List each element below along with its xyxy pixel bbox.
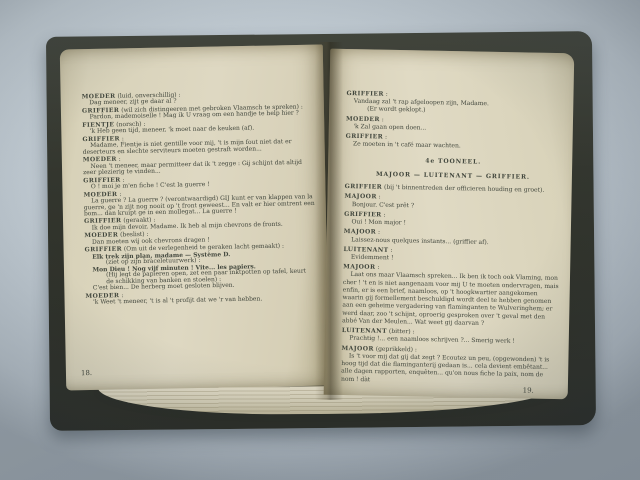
speech-entry: MOEDER :La guerre ? La guerre ? (verontw… bbox=[83, 187, 314, 218]
speech-entry: MAJOOR :Bonjour. C'est prêt ? bbox=[344, 192, 560, 212]
right-page-text: GRIFFIER :Vandaag zal 't rap afgeloopen … bbox=[341, 89, 563, 388]
stage-note: : bbox=[384, 90, 388, 97]
speaker-name: LUITENANT bbox=[342, 326, 387, 334]
stage-note: (bij 't binnentreden der officieren houd… bbox=[382, 184, 544, 194]
speech-entry: MAJOOR (geprikkeld) :Is 't voor mij dat … bbox=[341, 344, 558, 387]
speech-entry: LUITENANT :Evidemment ! bbox=[343, 245, 559, 265]
speech-entry: LUITENANT (bitter) :Prachtig !... een na… bbox=[342, 326, 558, 346]
book-gutter bbox=[315, 42, 343, 400]
stage-note: : bbox=[382, 211, 386, 218]
speaker-name: MOEDER bbox=[346, 114, 380, 122]
stage-note: : bbox=[376, 229, 380, 236]
stage-note: : bbox=[383, 133, 387, 140]
left-page: MOEDER (luid, onverschillig) :Dag meneer… bbox=[60, 45, 329, 391]
speech-entry: GRIFFIER :Vandaag zal 't rap afgeloopen … bbox=[346, 89, 562, 117]
stage-note: : bbox=[380, 116, 384, 123]
speaker-name: MAJOOR bbox=[344, 227, 376, 235]
speaker-name: LUITENANT bbox=[343, 245, 388, 253]
speaker-name: MAJOOR bbox=[344, 192, 376, 200]
dialogue-line: Laat ons maar Vlaamsch spreken... Ik ben… bbox=[342, 271, 559, 329]
speaker-name: GRIFFIER bbox=[345, 182, 383, 190]
speech-entry: GRIFFIER :Ze moeten in 't café maar wach… bbox=[345, 132, 561, 152]
speech-entry: MAJOOR :Laat ons maar Vlaamsch spreken..… bbox=[342, 262, 559, 328]
scene-heading: MAJOOR — LUITENANT — GRIFFIER. bbox=[345, 169, 561, 181]
speaker-name: GRIFFIER bbox=[346, 132, 384, 140]
right-page: GRIFFIER :Vandaag zal 't rap afgeloopen … bbox=[324, 49, 575, 400]
speech-entry: GRIFFIER :Oui ! Mon major ! bbox=[344, 210, 560, 230]
speech-entry: MOEDER :'k Zal gaan open doen... bbox=[346, 114, 562, 134]
speaker-name: MAJOOR bbox=[343, 262, 375, 270]
left-page-text: MOEDER (luid, onverschillig) :Dag meneer… bbox=[82, 89, 317, 307]
speech-entry: MAJOOR :Laissez-nous quelques instants..… bbox=[344, 227, 560, 247]
stage-note: : bbox=[389, 246, 393, 253]
stage-note: : bbox=[377, 193, 381, 200]
stage-note: : bbox=[375, 264, 379, 271]
book-photo: MOEDER (luid, onverschillig) :Dag meneer… bbox=[0, 0, 640, 480]
left-page-number: 18. bbox=[81, 369, 92, 377]
dialogue-line: Is 't voor mij dat gij dat zegt ? Ecoute… bbox=[341, 352, 558, 387]
speaker-name: MAJOOR bbox=[342, 344, 374, 352]
stage-note: (geprikkeld) : bbox=[374, 345, 417, 353]
right-page-number: 19. bbox=[523, 386, 534, 394]
speech-entry: GRIFFIER (Om uit de verlegenheid te gera… bbox=[85, 242, 317, 292]
scene-heading: 4e TOONEEL. bbox=[345, 155, 561, 167]
speaker-name: GRIFFIER bbox=[346, 89, 384, 97]
stage-note: (bitter) : bbox=[387, 328, 415, 335]
speaker-name: GRIFFIER bbox=[344, 210, 382, 218]
